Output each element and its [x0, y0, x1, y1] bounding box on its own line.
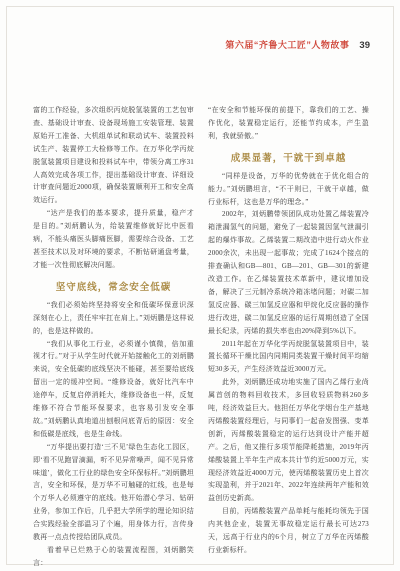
section-heading: 坚守底线，常念安全低碳: [33, 279, 194, 293]
paragraph: “万华提出要打造‘三不见’绿色生态化工园区，即‘看不见跑冒滴漏，听不见异常噪声，…: [33, 441, 194, 544]
header-title: 第六届“齐鲁大工匠”人物故事: [225, 38, 349, 51]
paragraph: 看着早已烂熟于心的装置流程图，刘炳鹏笑言：: [33, 544, 194, 570]
paragraph: 目前，丙烯酸装置产品单耗与能耗均领先于国内其他企业，装置无事故稳定运行最长可达2…: [208, 505, 369, 557]
paragraph: 富的工作经验，多次组织丙烷脱氢装置的工艺包审查、基础设计审查、设备现场施工安装管…: [33, 104, 194, 207]
article-body: 富的工作经验，多次组织丙烷脱氢装置的工艺包审查、基础设计审查、设备现场施工安装管…: [33, 104, 369, 570]
paragraph: 2011年起在万华化学丙烷脱氢装置项目中，装置长循环干燥比国内同期同类装置干燥时…: [208, 338, 369, 377]
paragraph: “在安全和节能环保的前提下，靠我们的工艺、操作优化，装置稳定运行，还能节约成本，…: [208, 104, 369, 143]
paragraph: “我们必须始终坚持将安全和低碳环保意识深深刻在心上，责任牢牢扛在肩上。”刘炳鹏是…: [33, 299, 194, 338]
page-header: 第六届“齐鲁大工匠”人物故事 39: [225, 38, 370, 51]
page-number: 39: [359, 40, 370, 51]
left-column: 富的工作经验，多次组织丙烷脱氢装置的工艺包审查、基础设计审查、设备现场施工安装管…: [33, 104, 194, 570]
magazine-page: 第六届“齐鲁大工匠”人物故事 39 富的工作经验，多次组织丙烷脱氢装置的工艺包审…: [0, 0, 400, 571]
paragraph: 2002年，刘炳鹏带领团队成功处置乙烯装置冷箱泄漏氢气的问题，避免了一起装置因氢…: [208, 208, 369, 337]
right-column: “在安全和节能环保的前提下，靠我们的工艺、操作优化，装置稳定运行，还能节约成本，…: [208, 104, 369, 570]
paragraph: 此外，刘炳鹏还成功地实施了国内乙烯行业尚属首创的物料回收技术，多回收轻质物料26…: [208, 376, 369, 505]
paragraph: “我们从事化工行业，必须谨小慎微，倍加重视才行。”对于从学生时代就开始接触化工的…: [33, 338, 194, 441]
paragraph: “同样是设备，万华的优势就在于优化组合的能力。”刘炳鹏坦言，“不干则已，干就干卓…: [208, 170, 369, 209]
section-heading: 成果显著，干就干到卓越: [208, 150, 369, 164]
paragraph: “达产是我们的基本要求，提升质量，稳产才是目的。”刘炳鹏认为，给装置维修就好比中…: [33, 207, 194, 272]
